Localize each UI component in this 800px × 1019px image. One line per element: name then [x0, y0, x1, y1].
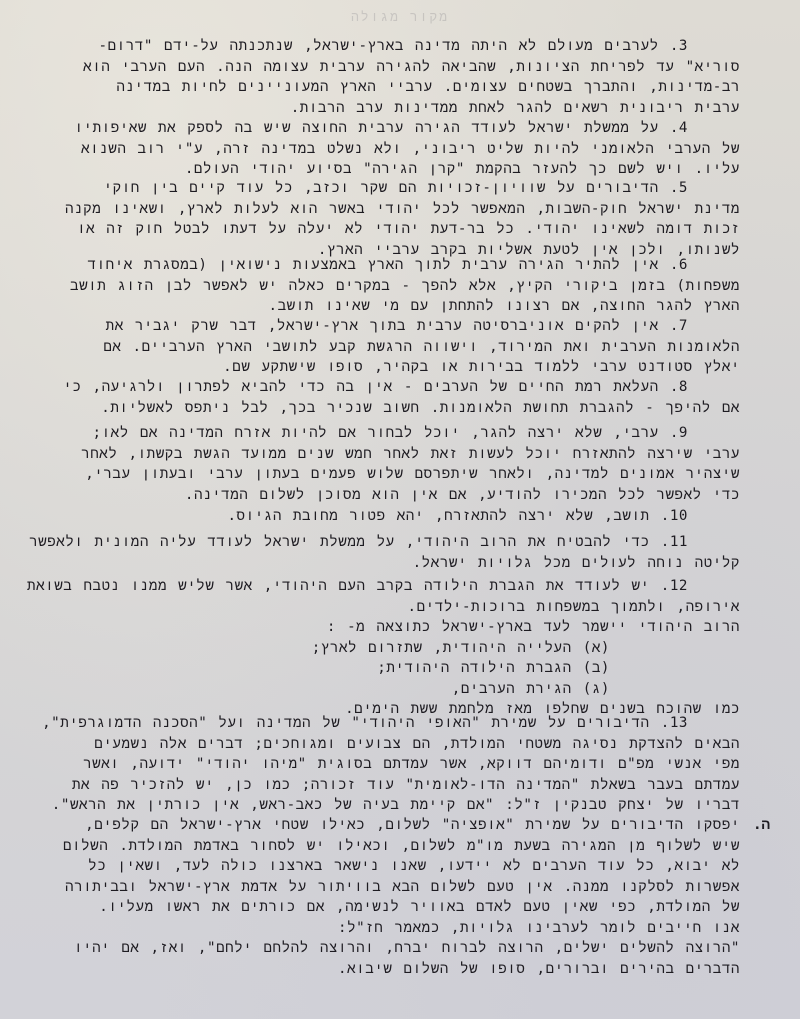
paragraph-line: דבריו של יצחק טבנקין ז"ל: "אם קיימת בעיה… — [120, 795, 740, 816]
paragraph-line: של המולדת, כפי שאין טעם לאדם באוויר לנשי… — [120, 897, 740, 918]
sub-item-a: (א) העלייה היהודית, שתזרום לארץ; — [120, 638, 740, 659]
paragraph-item-8: 8. העלאת רמת החיים של הערבים - אין בה כד… — [120, 377, 740, 418]
paragraph-line: 8. העלאת רמת החיים של הערבים - אין בה כד… — [120, 377, 740, 398]
paragraph-line: שיצהיר אמונים למדינה, ולאחר שיתפרסם שלוש… — [120, 464, 740, 485]
paragraph-item-3: 3. לערבים מעולם לא היתה מדינה בארץ-ישראל… — [120, 36, 740, 118]
sub-intro: הרוב היהודי יישמר לעד בארץ-ישראל כתוצאה … — [120, 617, 740, 638]
paragraph-item-12: 12. יש לעודד את הגברת הילודה בקרב העם הי… — [120, 576, 740, 720]
paragraph-line: אפשרות לסלקנו ממנה. אין טעם לשלום הבא בו… — [120, 877, 740, 898]
paragraph-item-11: 11. כדי להבטיח את הרוב היהודי, על ממשלת … — [120, 532, 740, 573]
paragraph-line: 10. תושב, שלא ירצה להתאזרח, יהא פטור מחו… — [120, 506, 740, 527]
paragraph-item-4: 4. על ממשלת ישראל לעודד הגירה ערבית החוצ… — [120, 118, 740, 180]
paragraph-line: ערבי שירצה להתאזרח יוכל לעשות זאת לאחר ח… — [120, 444, 740, 465]
paragraph-line: 5. הדיבורים על שוויון-זכויות הם שקר וכזב… — [120, 178, 740, 199]
paragraph-line: הארץ להגר החוצה, אם רצונו להתחתן עם מי ש… — [120, 296, 740, 317]
paragraph-line: אם להיפך - להגברת תחושת הלאומנות. חשוב ש… — [120, 398, 740, 419]
paragraph-line: "הרוצה להשלים ישלים, הרוצה לברוח יברח, ו… — [120, 938, 740, 959]
paragraph-line: יפסקו הדיבורים על שמירת "אופציה" לשלום, … — [120, 815, 740, 836]
paragraph-line: מדינת ישראל חוק-השבות, המאפשר לכל יהודי … — [120, 199, 740, 220]
paragraph-item-7: 7. אין להקים אוניברסיטה ערבית בתוך ארץ-י… — [120, 316, 740, 378]
paragraph-line: יאלץ סטודנט ערבי ללמוד בבירות או בקהיר, … — [120, 357, 740, 378]
paragraph-item-13: 13. הדיבורים על שמירת "האופי היהודי" של … — [120, 713, 740, 816]
paragraph-line: קליטה נוחה לעולים מכל גלויות ישראל. — [120, 553, 740, 574]
section-letter-he: ה. — [753, 815, 770, 836]
sub-item-c: (ג) הגירת הערבים, — [120, 679, 740, 700]
paragraph-line: כדי לאפשר לכל המכירו להודיע, אם אין הוא … — [120, 485, 740, 506]
paragraph-line: 9. ערבי, שלא ירצה להגר, יוכל לבחור אם לה… — [120, 423, 740, 444]
paragraph-line: מפי אנשי מפ"ם ודומיהם דווקא, אשר עמדתם ב… — [120, 754, 740, 775]
paragraph-line: אירופה, ולתמוך במשפחות ברוכות-ילדים. — [120, 597, 740, 618]
paragraph-line: לא יבוא, כל עוד הערבים לא יידעו, שאנו ני… — [120, 856, 740, 877]
paragraph-line: עמדתם בעבר בשאלת "המדינה הדו-לאומית" עוד… — [120, 775, 740, 796]
paragraph-line: 6. אין להתיר הגירה ערבית לתוך הארץ באמצע… — [120, 255, 740, 276]
paragraph-line: רב-מדינות, והתברך בשטחים עצומים. ערביי ה… — [120, 77, 740, 98]
paragraph-item-9: 9. ערבי, שלא ירצה להגר, יוכל לבחור אם לה… — [120, 423, 740, 505]
paragraph-line: 4. על ממשלת ישראל לעודד הגירה ערבית החוצ… — [120, 118, 740, 139]
document-page: מקור מגולה 3. לערבים מעולם לא היתה מדינה… — [0, 0, 800, 1019]
paragraph-line: הבאים להצדקת נסיגה משטחי המולדת, הם צבוע… — [120, 734, 740, 755]
paragraph-line: 11. כדי להבטיח את הרוב היהודי, על ממשלת … — [120, 532, 740, 553]
paragraph-line: 3. לערבים מעולם לא היתה מדינה בארץ-ישראל… — [120, 36, 740, 57]
paragraph-line: הלאומנות הערבית ואת המירוד, וישווה הרגשת… — [120, 337, 740, 358]
paragraph-line: ערבית ריבונית רשאים להגר לאחת ממדינות ער… — [120, 98, 740, 119]
paragraph-line: שיש לשלוף מן המגירה בשעת מו"מ לשלום, וכא… — [120, 836, 740, 857]
paragraph-line: של הערבי הלאומני להיות שליט ריבוני, ולא … — [120, 139, 740, 160]
paragraph-item-10: 10. תושב, שלא ירצה להתאזרח, יהא פטור מחו… — [120, 506, 740, 527]
paragraph-line: סוריא" עד לפריחת הציונות, שהביאה להגירה … — [120, 57, 740, 78]
section-he-paragraph: יפסקו הדיבורים על שמירת "אופציה" לשלום, … — [120, 815, 740, 979]
paragraph-line: 7. אין להקים אוניברסיטה ערבית בתוך ארץ-י… — [120, 316, 740, 337]
paragraph-line: 13. הדיבורים על שמירת "האופי היהודי" של … — [120, 713, 740, 734]
paragraph-line: אנו חייבים לומר לערבינו גלויות, כמאמר חז… — [120, 918, 740, 939]
paragraph-line: משפחות) בזמן ביקורי הקיץ, אלא להפך - במק… — [120, 276, 740, 297]
paragraph-item-5: 5. הדיבורים על שוויון-זכויות הם שקר וכזב… — [120, 178, 740, 260]
bleed-through-header: מקור מגולה — [0, 10, 800, 25]
paragraph-line: זכות דומה לשאינו יהודי. כל בר-דעת יהודי … — [120, 219, 740, 240]
paragraph-item-6: 6. אין להתיר הגירה ערבית לתוך הארץ באמצע… — [120, 255, 740, 317]
sub-item-b: (ב) הגברת הילודה היהודית; — [120, 658, 740, 679]
paragraph-line: עליו. ויש לשם כך להעזר בהקמת "קרן הגירה"… — [120, 159, 740, 180]
paragraph-line: הדברים בהירים וברורים, סופו של השלום שיב… — [120, 959, 740, 980]
paragraph-line: 12. יש לעודד את הגברת הילודה בקרב העם הי… — [120, 576, 740, 597]
